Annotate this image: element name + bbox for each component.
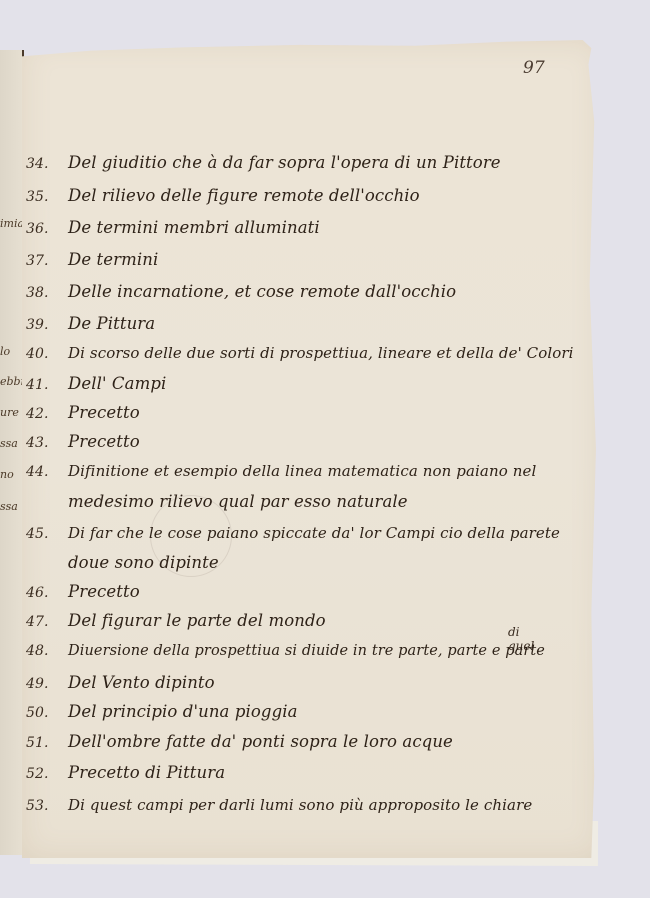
- list-item-continuation: medesimo rilievo qual par esso naturale: [26, 492, 408, 511]
- list-item: 39.De Pittura: [26, 314, 155, 333]
- margin-fragment: lo: [0, 345, 10, 358]
- list-item-continuation: doue sono dipinte: [26, 553, 219, 572]
- margin-fragment: no: [0, 468, 14, 481]
- list-item: 34.Del giuditio che à da far sopra l'ope…: [26, 153, 501, 172]
- list-item: 48.Diuersione della prospettiua si diuid…: [26, 643, 545, 659]
- margin-fragment: ssa: [0, 437, 18, 450]
- margin-fragment: ure: [0, 406, 19, 419]
- list-item: 51.Dell'ombre fatte da' ponti sopra le l…: [26, 732, 453, 751]
- list-item: 53.Di quest campi per darli lumi sono pi…: [26, 796, 532, 814]
- list-item: 44.Difinitione et esempio della linea ma…: [26, 462, 536, 480]
- margin-fragment: imia: [0, 217, 24, 230]
- list-item: 42.Precetto: [26, 403, 140, 422]
- list-item: 40.Di scorso delle due sorti di prospett…: [26, 344, 574, 362]
- list-item: 38.Delle incarnatione, et cose remote da…: [26, 282, 456, 301]
- margin-fragment: ebbia: [0, 375, 24, 388]
- margin-fragment: ssa: [0, 500, 18, 513]
- list-item: 37.De termini: [26, 250, 158, 269]
- list-item: 36.De termini membri alluminati: [26, 218, 320, 237]
- list-item: 47.Del figurar le parte del mondo: [26, 611, 326, 630]
- list-item: 41.Dell' Campi: [26, 374, 166, 393]
- list-item: 50.Del principio d'una pioggia: [26, 702, 298, 721]
- list-item: 52.Precetto di Pittura: [26, 763, 225, 782]
- list-item: 45.Di far che le cose paiano spiccate da…: [26, 524, 560, 542]
- list-item: 43.Precetto: [26, 432, 140, 451]
- list-item: 35.Del rilievo delle figure remote dell'…: [26, 186, 420, 205]
- left-page-edge: imia lo ebbia ure ssa no ssa: [0, 50, 24, 855]
- list-item: 46.Precetto: [26, 582, 140, 601]
- folio-number: 97: [523, 58, 545, 78]
- list-item: 49.Del Vento dipinto: [26, 673, 215, 692]
